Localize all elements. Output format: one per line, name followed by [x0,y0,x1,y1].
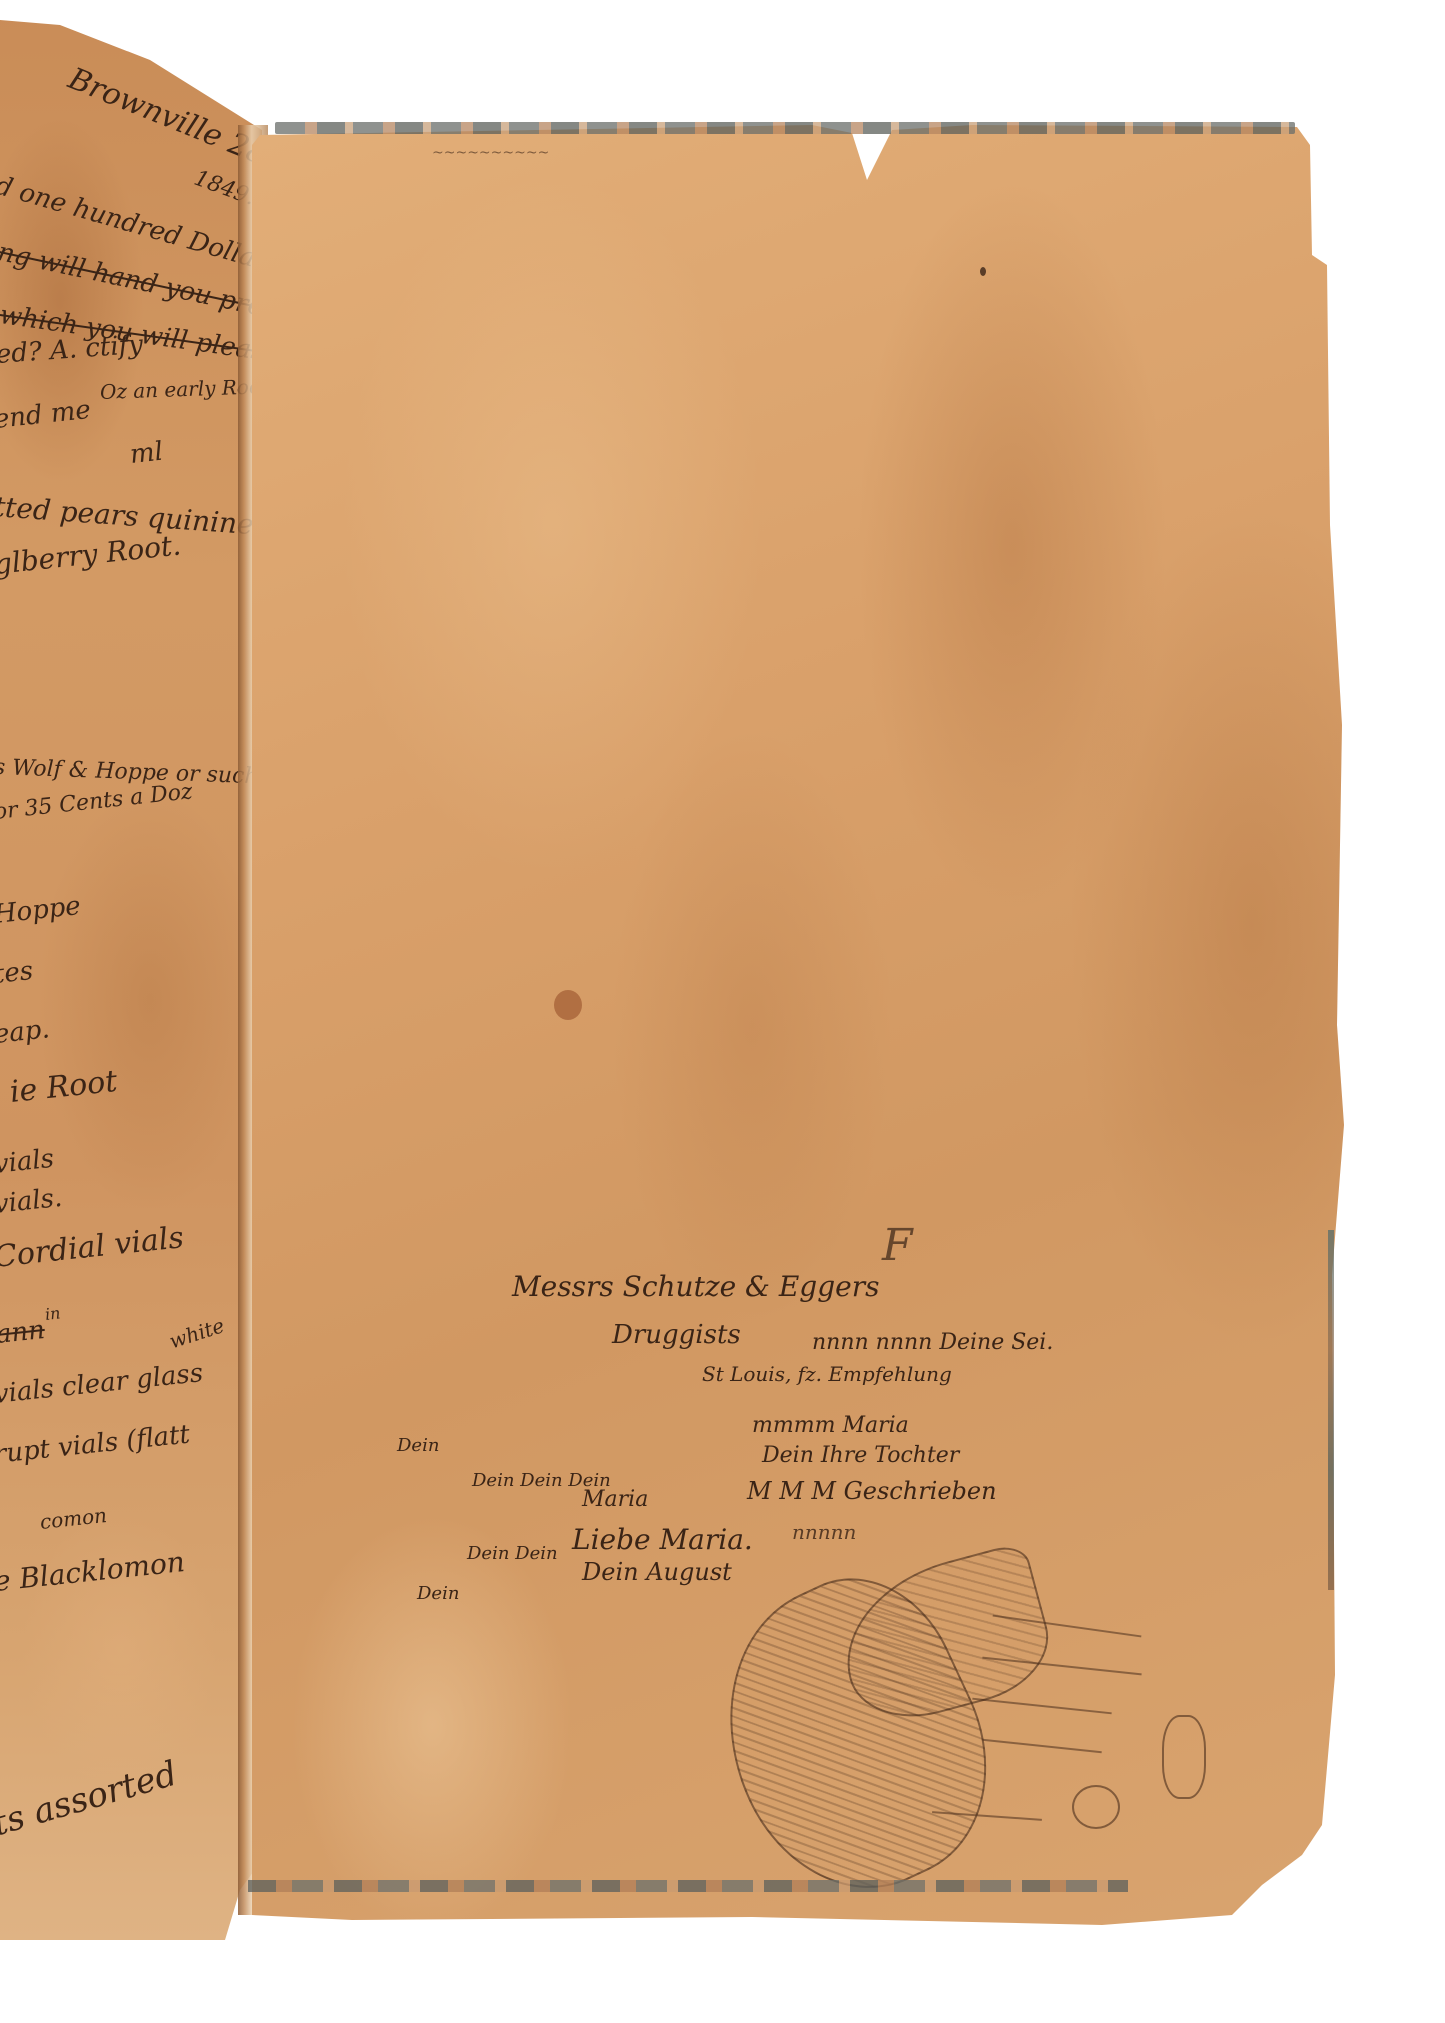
practice-line: mmmm Maria [752,1413,909,1438]
left-line: white [166,1313,227,1353]
left-line: glberry Root. [0,528,183,580]
left-line: e Blacklomon [0,1545,186,1598]
sketch-cloud [1162,1715,1206,1799]
practice-line: Dein Ihre Tochter [762,1443,959,1468]
left-line: comon [39,1503,108,1534]
practice-line-dein: Dein Dein [467,1543,558,1564]
left-line: ml [128,437,164,470]
left-page: Brownville 28 April 1849. d one hundred … [0,0,262,1940]
practice-line-dein: Dein [417,1583,459,1604]
practice-line-maria: Maria [582,1487,648,1512]
left-line: eap. [0,1014,51,1050]
left-line: s Wolf & Hoppe or such [0,755,259,789]
left-line-struck: ann [0,1315,46,1350]
left-line: ts assorted [0,1754,182,1845]
page-bottom-edge [248,1880,1128,1892]
left-line: in [44,1303,61,1324]
monogram: F [882,1220,913,1271]
address-line-1: Messrs Schutze & Eggers [512,1270,879,1303]
practice-line: nnnnn [792,1520,856,1544]
practice-line: M M M Geschrieben [747,1477,997,1505]
left-line: vials clear glass [0,1358,204,1410]
practice-line: nnnn nnnn Deine Sei. [812,1330,1053,1355]
sketch-flower [1072,1785,1120,1829]
left-line: or 35 Cents a Doz [0,779,194,825]
right-page: ~~~~~~~~~~ Messrs Schutze & Eggers Drugg… [252,125,1362,1930]
address-line-2: Druggists [612,1320,741,1350]
practice-line: St Louis, fz. Empfehlung [702,1362,952,1386]
stain-spot [554,990,582,1020]
left-line: vials [0,1144,55,1180]
practice-line-liebe-maria: Liebe Maria. [572,1523,753,1556]
left-line: Cordial vials [0,1220,185,1275]
scribble-line [982,1739,1102,1754]
top-scribble: ~~~~~~~~~~ [432,145,549,161]
left-line: vials. [0,1183,64,1220]
left-line: rupt vials (flatt [0,1420,191,1470]
pen-sketch [692,1565,1252,1885]
left-line: ed? A. ctify [0,330,144,370]
left-line: tes [0,956,35,990]
left-line: end me [0,395,92,435]
page-top-edge [275,122,1295,134]
page-right-edge [1328,1230,1334,1590]
left-line: Hoppe [0,891,82,930]
scribble-line [972,1698,1111,1715]
left-line: ie Root [8,1064,119,1110]
stain-spot [980,267,986,276]
practice-line-dein: Dein [397,1435,439,1456]
